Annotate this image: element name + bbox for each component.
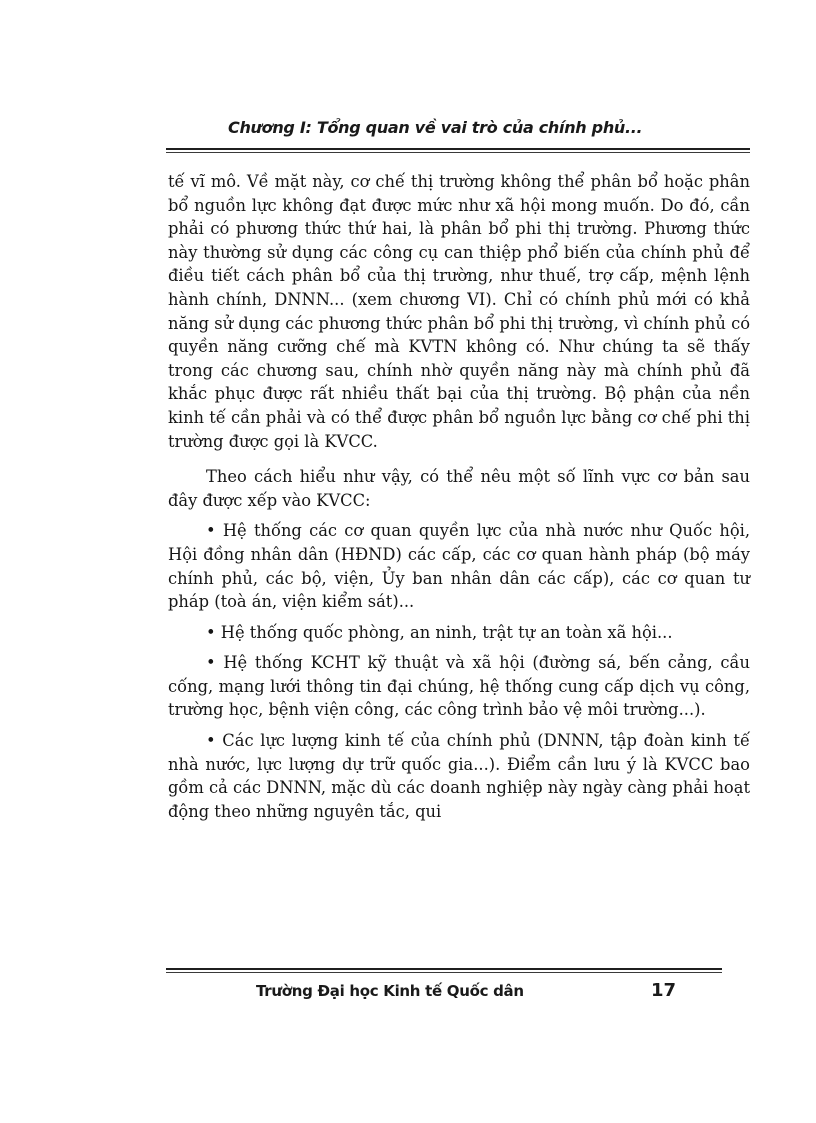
footer-rule [166,968,722,970]
paragraph-intro-list: Theo cách hiểu như vậy, có thể nêu một s… [168,465,750,512]
footer-rule-thin [166,972,722,973]
page-header: Chương I: Tổng quan về vai trò của chính… [166,116,750,156]
bullet-infrastructure: • Hệ thống KCHT kỹ thuật và xã hội (đườn… [168,651,750,722]
running-title: Chương I: Tổng quan về vai trò của chính… [228,118,642,137]
bullet-economic-forces: • Các lực lượng kinh tế của chính phủ (D… [168,729,750,823]
bullet-state-authority: • Hệ thống các cơ quan quyền lực của nhà… [168,519,750,613]
page-number: 17 [651,980,676,1001]
footer-institution: Trường Đại học Kinh tế Quốc dân [256,982,524,1000]
header-rule-thin [166,152,750,153]
page-footer: Trường Đại học Kinh tế Quốc dân 17 [166,964,750,1014]
paragraph-continuation: tế vĩ mô. Về mặt này, cơ chế thị trường … [168,170,750,453]
header-rule [166,148,750,150]
bullet-defense-security: • Hệ thống quốc phòng, an ninh, trật tự … [168,621,750,645]
body-text: tế vĩ mô. Về mặt này, cơ chế thị trường … [168,170,750,823]
